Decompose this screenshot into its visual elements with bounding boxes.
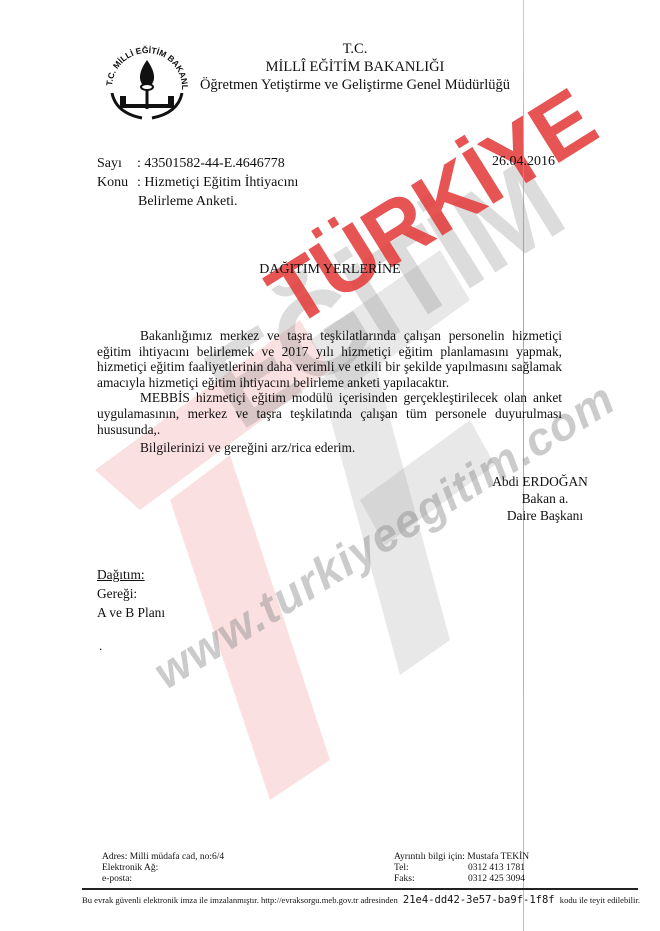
footer-address: Adres: Milli müdafa cad, no:6/4 xyxy=(102,852,224,863)
tel-value: 0312 413 1781 xyxy=(468,863,525,874)
watermark-logo-icon xyxy=(0,0,660,931)
fax-label: Faks: xyxy=(394,874,468,885)
contact-label: Ayrıntılı bilgi için: xyxy=(394,852,465,863)
body-paragraph: Bakanlığımız merkez ve taşra teşkilatlar… xyxy=(97,328,562,390)
verification-code: 21e4-dd42-3e57-ba9f-1f8f xyxy=(400,894,558,906)
meb-emblem-icon: T.C. MİLLİ EĞİTİM BAKANLIĞI xyxy=(102,38,192,120)
signature-block: Abdi ERDOĞAN Bakan a. Daire Başkanı xyxy=(470,473,610,524)
letter-body: Bakanlığımız merkez ve taşra teşkilatlar… xyxy=(97,328,562,456)
distribution-value: A ve B Planı xyxy=(97,603,165,622)
letterhead-ministry: MİLLÎ EĞİTİM BAKANLIĞI xyxy=(190,58,520,76)
signatory-title: Daire Başkanı xyxy=(470,507,610,524)
footer-address-block: Adres: Milli müdafa cad, no:6/4 Elektron… xyxy=(102,852,224,885)
verification-prefix: Bu evrak güvenli elektronik imza ile imz… xyxy=(82,895,398,905)
letterhead: T.C. MİLLÎ EĞİTİM BAKANLIĞI Öğretmen Yet… xyxy=(190,40,520,94)
letterhead-directorate: Öğretmen Yetiştirme ve Geliştirme Genel … xyxy=(190,76,520,94)
footer-network: Elektronik Ağ: xyxy=(102,863,224,874)
scan-fold-line xyxy=(523,0,524,931)
addressee: DAĞITIM YERLERİNE xyxy=(0,262,660,278)
number-label: Sayı xyxy=(97,154,137,173)
footer-contact-block: Ayrıntılı bilgi için: Mustafa TEKİN Tel:… xyxy=(394,852,529,885)
footer-divider xyxy=(82,888,638,890)
document-page: EĞİTİM TÜRKİYE www.turkiyeegitim.com T.C… xyxy=(0,0,660,931)
document-date: 26.04.2016 xyxy=(492,154,555,170)
watermark: EĞİTİM TÜRKİYE www.turkiyeegitim.com xyxy=(0,0,660,931)
signatory-name: Abdi ERDOĞAN xyxy=(470,473,610,490)
distribution-label: Gereği: xyxy=(97,584,165,603)
fax-value: 0312 425 3094 xyxy=(468,874,525,885)
verification-suffix: kodu ile teyit edilebilir. xyxy=(560,895,640,905)
trailing-mark: . xyxy=(99,638,102,654)
tel-label: Tel: xyxy=(394,863,468,874)
document-number: 43501582-44-E.4646778 xyxy=(144,154,284,173)
subject-line-2: Belirleme Anketi. xyxy=(97,192,298,211)
subject-label: Konu xyxy=(97,173,137,192)
subject-line-1: Hizmetiçi Eğitim İhtiyacını xyxy=(144,173,298,192)
letterhead-country: T.C. xyxy=(190,40,520,58)
document-meta: Sayı : 43501582-44-E.4646778 Konu : Hizm… xyxy=(97,154,298,211)
watermark-word-turkiye: TÜRKİYE xyxy=(254,75,608,341)
footer-email: e-posta: xyxy=(102,874,224,885)
verification-line: Bu evrak güvenli elektronik imza ile imz… xyxy=(82,894,640,906)
distribution-block: Dağıtım: Gereği: A ve B Planı xyxy=(97,565,165,622)
distribution-heading: Dağıtım: xyxy=(97,565,165,584)
contact-name: Mustafa TEKİN xyxy=(467,852,529,863)
signatory-capacity: Bakan a. xyxy=(470,490,610,507)
closing-line: Bilgilerinizi ve gereğini arz/rica ederi… xyxy=(97,440,562,456)
body-paragraph: MEBBİS hizmetiçi eğitim modülü içerisind… xyxy=(97,390,562,437)
